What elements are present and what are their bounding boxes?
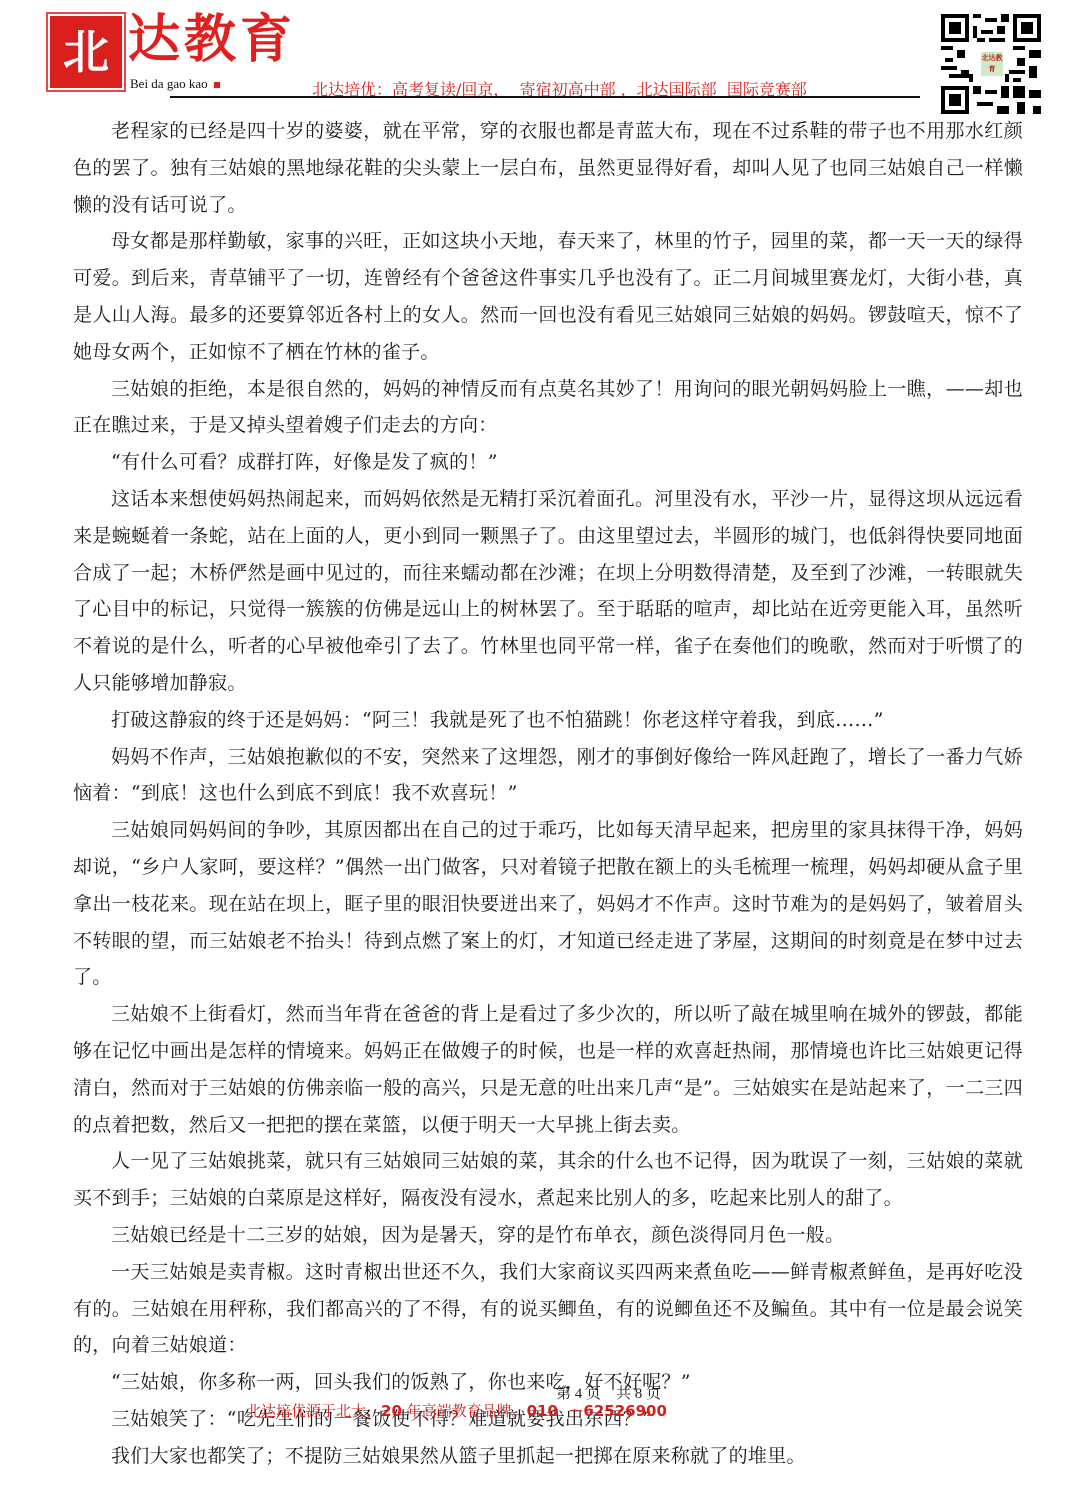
paragraph: 一天三姑娘是卖青椒。这时青椒出世还不久，我们大家商议买四两来煮鱼吃——鲜青椒煮鲜… <box>73 1254 1023 1364</box>
paragraph: 我们大家也都笑了；不提防三姑娘果然从篮子里抓起一把掷在原来称就了的堆里。 <box>73 1438 1023 1475</box>
paragraph: 老程家的已经是四十岁的婆婆，就在平常，穿的衣服也都是青蓝大布，现在不过系鞋的带子… <box>73 113 1023 223</box>
qr-center-logo: 北达教育 <box>981 52 1003 76</box>
paragraph: 母女都是那样勤敏，家事的兴旺，正如这块小天地，春天来了，林里的竹子，园里的菜，都… <box>73 223 1023 370</box>
paragraph: 妈妈不作声，三姑娘抱歉似的不安，突然来了这埋怨，刚才的事倒好像给一阵风赶跑了，增… <box>73 739 1023 813</box>
red-square-icon <box>214 82 220 88</box>
logo-pinyin: Bei da gao kao <box>130 76 220 92</box>
paragraph-quote: “三姑娘，你多称一两，回头我们的饭熟了，你也来吃，好不好呢？” <box>73 1364 1023 1401</box>
footer-slogan-prefix: 北达培优源于北大， <box>246 1402 381 1420</box>
paragraph: 三姑娘不上街看灯，然而当年背在爸爸的背上是看过了多少次的，所以听了敲在城里响在城… <box>73 996 1023 1143</box>
logo-title: 达教育 <box>128 14 296 66</box>
footer-slogan-years: 20 <box>381 1402 402 1420</box>
paragraph-quote: “有什么可看？成群打阵，好像是发了疯的！” <box>73 444 1023 481</box>
footer-phone: 010 －62526900 <box>527 1402 667 1420</box>
logo-mark-char: 北 <box>63 29 109 75</box>
paragraph: 打破这静寂的终于还是妈妈：“阿三！我就是死了也不怕猫跳！你老这样守着我，到底……… <box>73 702 1023 739</box>
article-body: 老程家的已经是四十岁的婆婆，就在平常，穿的衣服也都是青蓝大布，现在不过系鞋的带子… <box>73 113 1023 1474</box>
paragraph: 这话本来想使妈妈热闹起来，而妈妈依然是无精打采沉着面孔。河里没有水，平沙一片，显… <box>73 481 1023 702</box>
paragraph: 三姑娘已经是十二三岁的姑娘，因为是暑天，穿的是竹布单衣，颜色淡得同月色一般。 <box>73 1217 1023 1254</box>
paragraph: 人一见了三姑娘挑菜，就只有三姑娘同三姑娘的菜，其余的什么也不记得，因为耽误了一刻… <box>73 1143 1023 1217</box>
logo-mark: 北 <box>50 16 122 88</box>
footer-slogan-middle: 年高端教育品牌。 <box>402 1402 527 1420</box>
footer-slogan: 北达培优源于北大，20 年高端教育品牌。010 －62526900 <box>246 1400 667 1421</box>
paragraph: 三姑娘同妈妈间的争吵，其原因都出在自己的过于乖巧，比如每天清早起来，把房里的家具… <box>73 812 1023 996</box>
header-divider <box>170 96 920 98</box>
paragraph: 三姑娘的拒绝，本是很自然的，妈妈的神情反而有点莫名其妙了！用询问的眼光朝妈妈脸上… <box>73 371 1023 445</box>
logo-pinyin-text: Bei da gao kao <box>130 76 208 91</box>
